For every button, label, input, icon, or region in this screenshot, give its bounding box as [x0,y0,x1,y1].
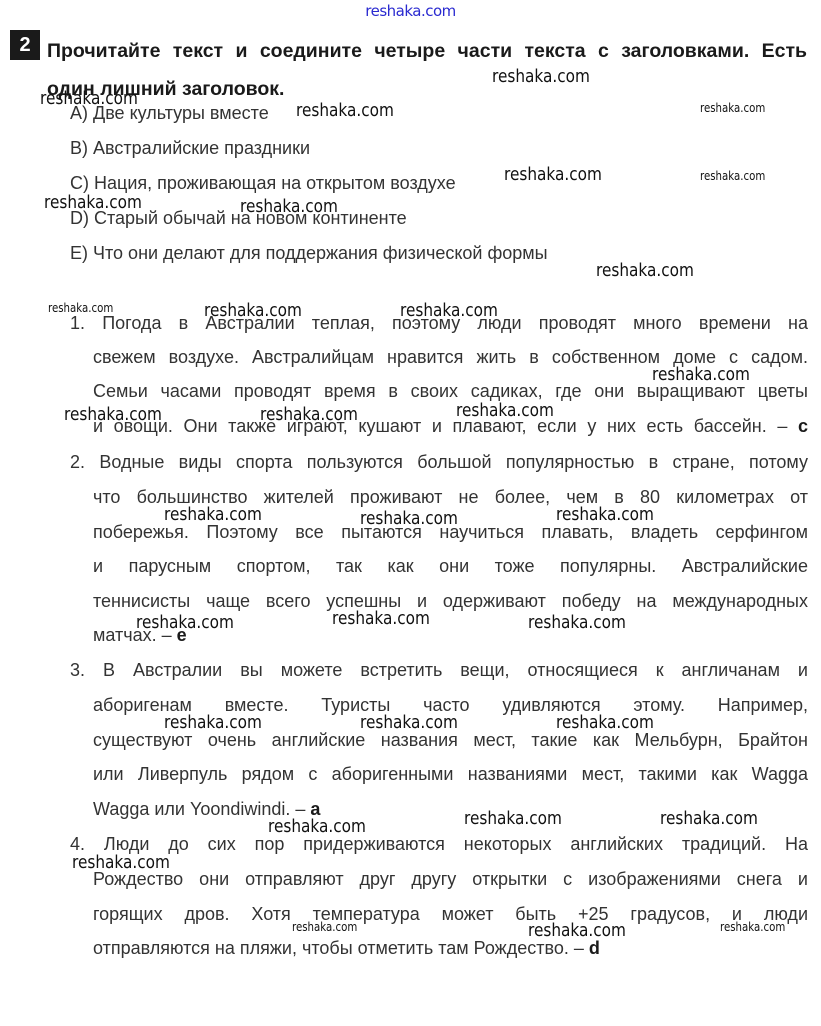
paragraph-line: 2. Водные виды спорта пользуются большой… [70,452,808,473]
paragraph-line: или Ливерпуль рядом с аборигенными назва… [93,764,808,785]
watermark: reshaka.com [456,400,554,421]
watermark: reshaka.com [72,852,170,873]
paragraph-line: и овощи. Они также играют, кушают и плав… [93,416,808,437]
paragraph-line: 3. В Австралии вы можете встретить вещи,… [70,660,808,681]
answer-letter: c [798,416,808,436]
watermark: reshaka.com [596,260,694,281]
task-number-badge: 2 [10,30,40,60]
paragraph-line: горящих дров. Хотя температура может быт… [93,904,808,925]
watermark: reshaka.com [400,300,498,321]
watermark: reshaka.com [504,164,602,185]
paragraph-line: теннисисты чаще всего успешны и одержива… [93,591,808,612]
answer-letter: d [589,938,600,958]
watermark: reshaka.com [360,508,458,529]
paragraph-line: Рождество они отправляют друг другу откр… [93,869,808,890]
watermark: reshaka.com [528,612,626,633]
watermark: reshaka.com [556,712,654,733]
watermark: reshaka.com [292,920,357,934]
instruction-line-1: Прочитайте текст и соедините четыре част… [47,32,807,70]
watermark: reshaka.com [464,808,562,829]
watermark: reshaka.com [556,504,654,525]
watermark: reshaka.com [164,712,262,733]
watermark: reshaka.com [164,504,262,525]
watermark: reshaka.com [720,920,785,934]
watermark: reshaka.com [332,608,430,629]
paragraph-line: и парусным спортом, так как они тоже поп… [93,556,808,577]
watermark: reshaka.com [240,196,338,217]
watermark: reshaka.com [260,404,358,425]
watermark: reshaka.com [660,808,758,829]
watermark: reshaka.com [204,300,302,321]
watermark: reshaka.com [268,816,366,837]
watermark: reshaka.com [492,66,590,87]
paragraph-line: 4. Люди до сих пор придерживаются некото… [70,834,808,855]
heading-b: B) Австралийские праздники [70,138,310,159]
watermark: reshaka.com [136,612,234,633]
watermark: reshaka.com [360,712,458,733]
watermark: reshaka.com [700,101,765,115]
watermark: reshaka.com [40,88,138,109]
watermark: reshaka.com [48,301,113,315]
watermark: reshaka.com [652,364,750,385]
heading-c: C) Нация, проживающая на открытом воздух… [70,173,456,194]
paragraph-line: отправляются на пляжи, чтобы отметить та… [93,938,600,959]
top-watermark: reshaka.com [0,2,821,20]
watermark: reshaka.com [528,920,626,941]
watermark: reshaka.com [44,192,142,213]
paragraph-line: существуют очень английские названия мес… [93,730,808,751]
heading-e: E) Что они делают для поддержания физиче… [70,243,548,264]
watermark: reshaka.com [700,169,765,183]
watermark: reshaka.com [64,404,162,425]
watermark: reshaka.com [296,100,394,121]
task-instruction: Прочитайте текст и соедините четыре част… [47,32,807,108]
